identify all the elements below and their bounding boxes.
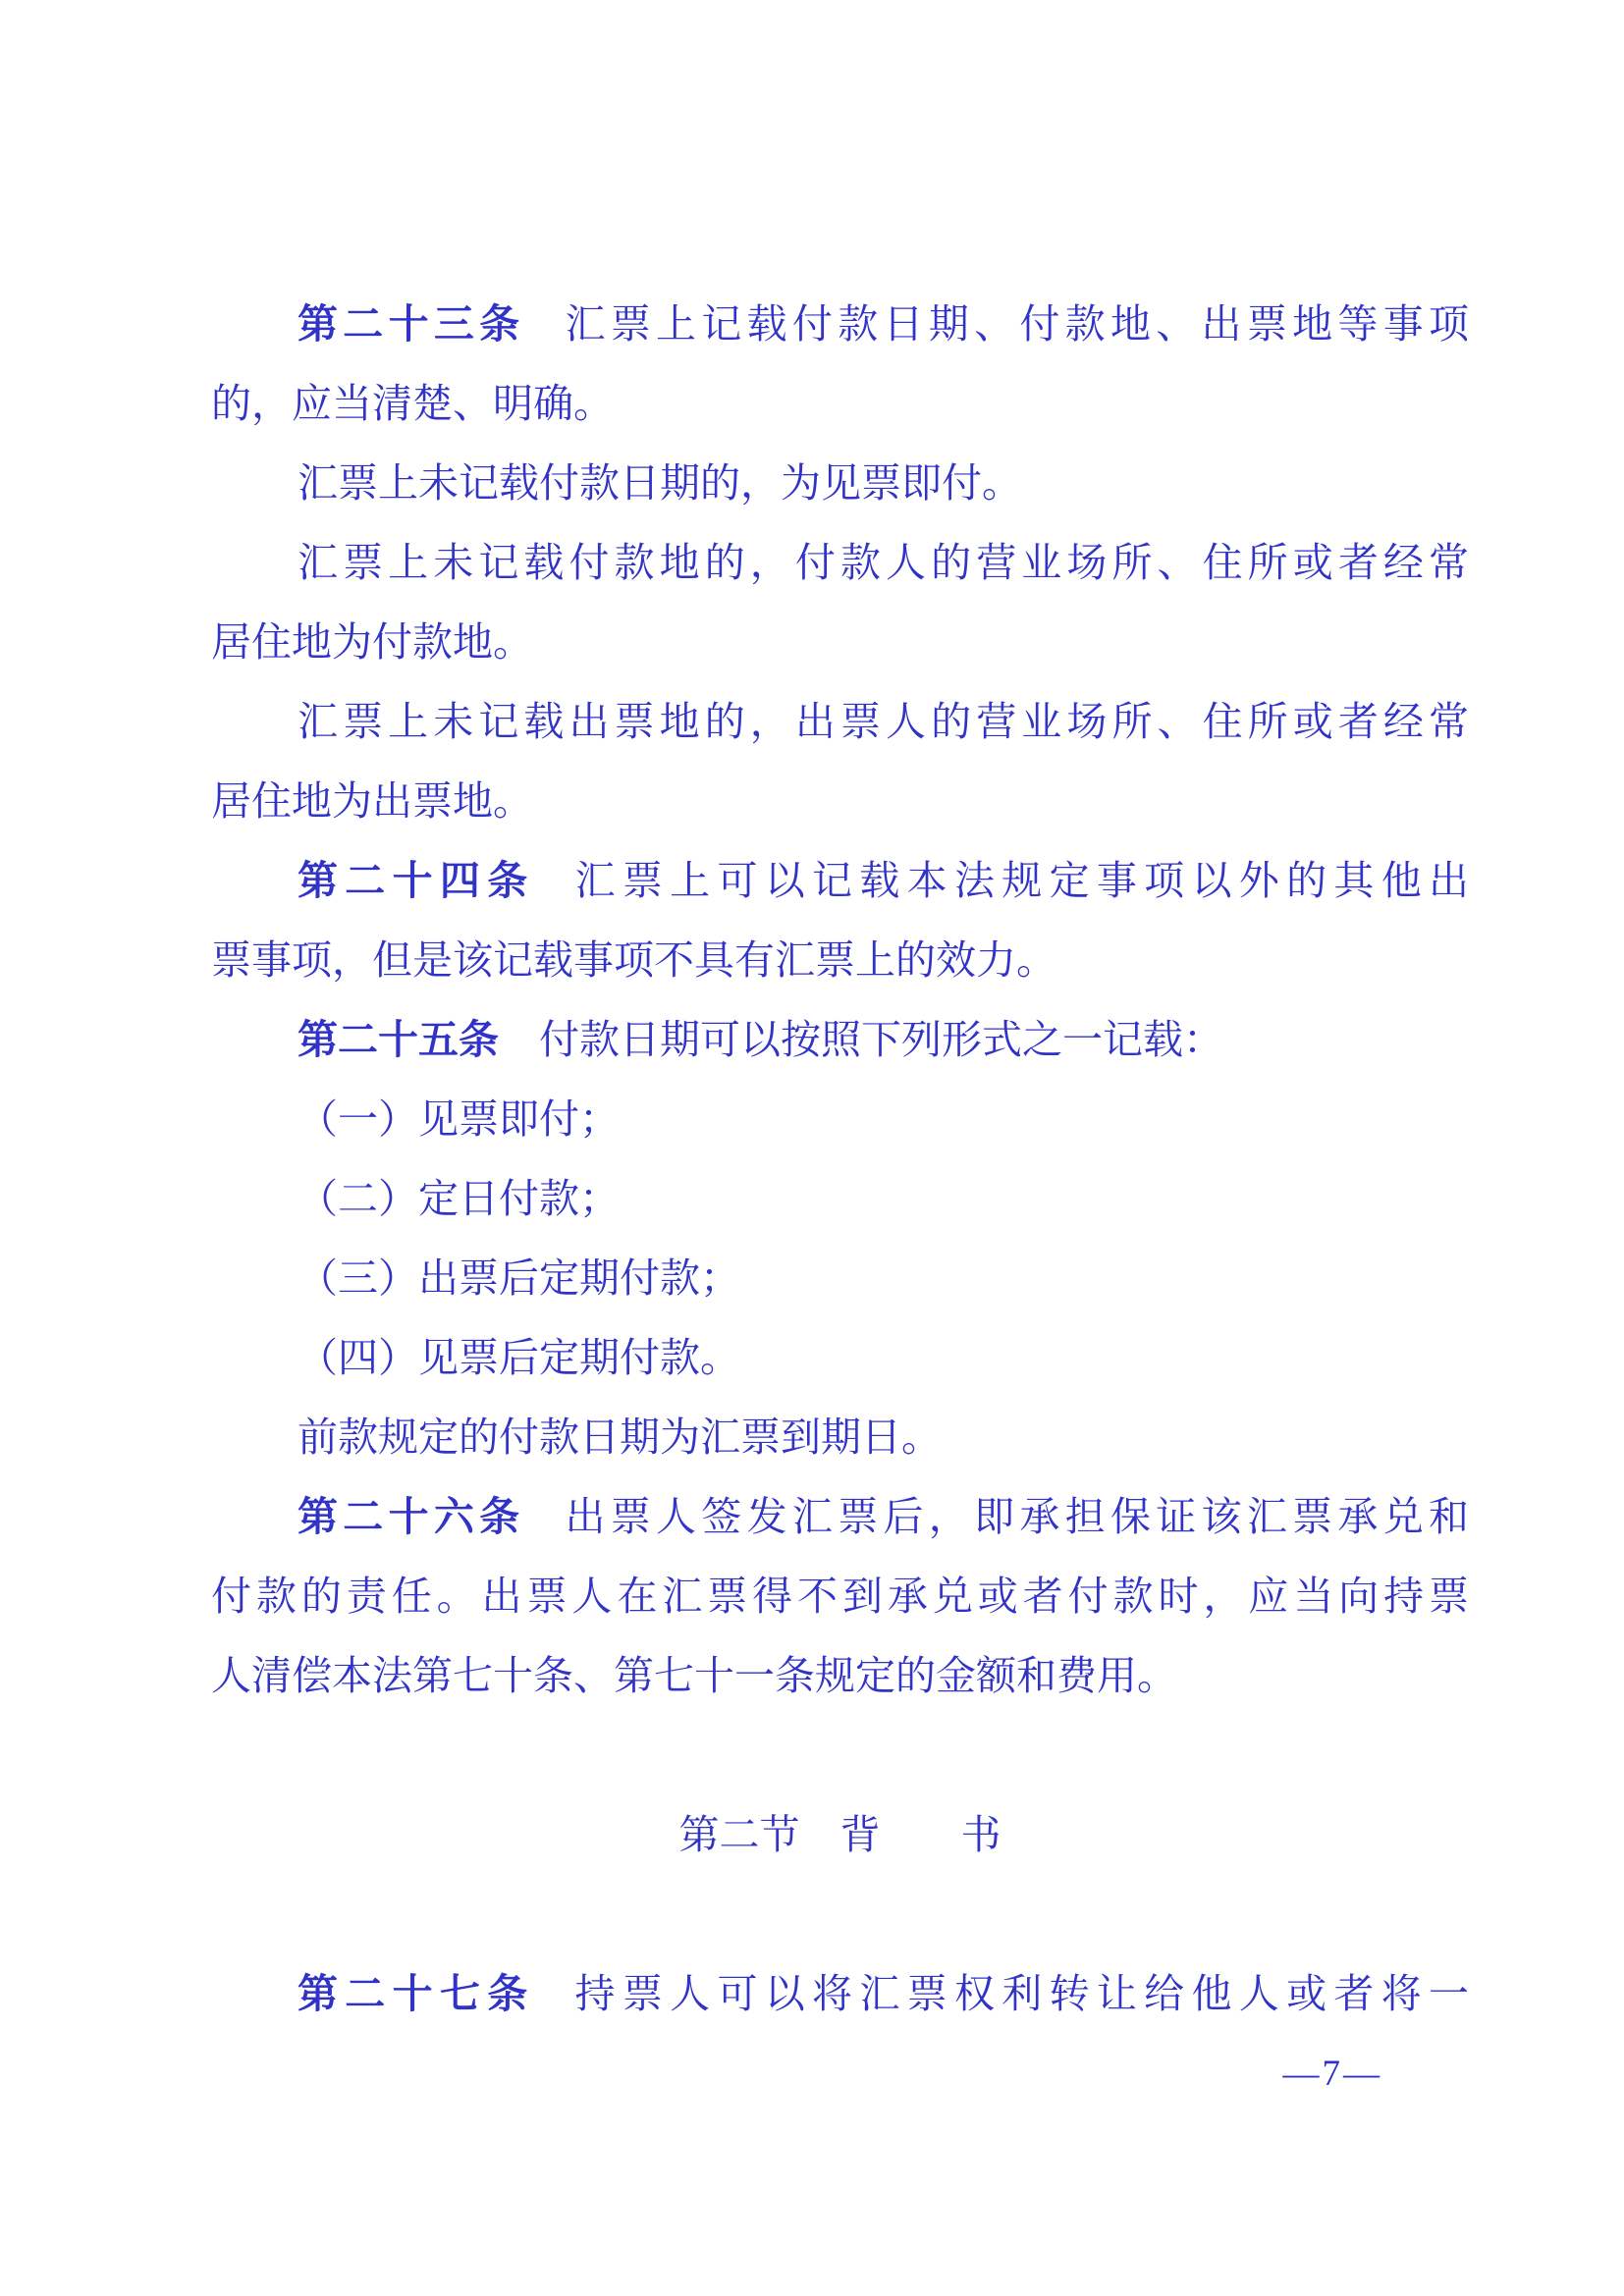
page-number: —7— <box>211 2034 1469 2113</box>
line-text: 的，应当清楚、明确。 <box>211 381 614 426</box>
text-line: 第二十三条汇票上记载付款日期、付款地、出票地等事项 <box>211 285 1469 364</box>
line-text: 持票人可以将汇票权利转让给他人或者将一 <box>575 1971 1469 2016</box>
text-line: （四）见票后定期付款。 <box>211 1318 1469 1398</box>
blank-line <box>211 1716 1469 1795</box>
line-text: 汇票上未记载付款地的，付款人的营业场所、住所或者经常 <box>298 540 1469 585</box>
line-text: 居住地为付款地。 <box>211 619 533 665</box>
text-line: 前款规定的付款日期为汇票到期日。 <box>211 1398 1469 1477</box>
text-line: 汇票上未记载付款地的，付款人的营业场所、住所或者经常 <box>211 523 1469 603</box>
section-heading-text: 第二节 背 书 <box>679 1812 1001 1857</box>
text-line: 第二十五条付款日期可以按照下列形式之一记载： <box>211 1000 1469 1080</box>
blank-line <box>211 1875 1469 1954</box>
text-line: （二）定日付款； <box>211 1159 1469 1239</box>
text-line: 汇票上未记载付款日期的，为见票即付。 <box>211 444 1469 523</box>
text-line: （三）出票后定期付款； <box>211 1239 1469 1318</box>
line-text: （三）出票后定期付款； <box>298 1255 740 1301</box>
line-text: 付款日期可以按照下列形式之一记载： <box>539 1017 1223 1062</box>
line-text: 汇票上未记载出票地的，出票人的营业场所、住所或者经常 <box>298 699 1469 744</box>
article-number: 第二十三条 <box>298 301 524 347</box>
line-text: 人清偿本法第七十条、第七十一条规定的金额和费用。 <box>211 1653 1177 1698</box>
text-line: （一）见票即付； <box>211 1080 1469 1159</box>
line-text: （二）定日付款； <box>298 1176 620 1221</box>
line-text: 汇票上可以记载本法规定事项以外的其他出 <box>575 858 1469 903</box>
line-text: 汇票上记载付款日期、付款地、出票地等事项 <box>565 301 1469 347</box>
line-text: （四）见票后定期付款。 <box>298 1335 740 1380</box>
article-number: 第二十四条 <box>298 858 535 903</box>
document-page: 第二十三条汇票上记载付款日期、付款地、出票地等事项 的，应当清楚、明确。 汇票上… <box>0 0 1624 2296</box>
line-text: 汇票上未记载付款日期的，为见票即付。 <box>298 460 1022 506</box>
text-line: 票事项，但是该记载事项不具有汇票上的效力。 <box>211 921 1469 1000</box>
article-number: 第二十五条 <box>298 1017 499 1062</box>
article-number: 第二十六条 <box>298 1494 524 1539</box>
text-line: 的，应当清楚、明确。 <box>211 364 1469 444</box>
text-line: 第二十七条持票人可以将汇票权利转让给他人或者将一 <box>211 1954 1469 2034</box>
line-text: 付款的责任。出票人在汇票得不到承兑或者付款时，应当向持票 <box>211 1574 1469 1619</box>
line-text: 居住地为出票地。 <box>211 778 533 824</box>
text-line: 居住地为出票地。 <box>211 762 1469 841</box>
text-line: 第二十六条出票人签发汇票后，即承担保证该汇票承兑和 <box>211 1477 1469 1557</box>
article-number: 第二十七条 <box>298 1971 535 2016</box>
text-line: 第二十四条汇票上可以记载本法规定事项以外的其他出 <box>211 841 1469 921</box>
document-body: 第二十三条汇票上记载付款日期、付款地、出票地等事项 的，应当清楚、明确。 汇票上… <box>211 285 1469 2113</box>
line-text: （一）见票即付； <box>298 1096 620 1142</box>
line-text: 前款规定的付款日期为汇票到期日。 <box>298 1415 942 1460</box>
text-line: 人清偿本法第七十条、第七十一条规定的金额和费用。 <box>211 1636 1469 1716</box>
text-line: 付款的责任。出票人在汇票得不到承兑或者付款时，应当向持票 <box>211 1557 1469 1636</box>
line-text: 出票人签发汇票后，即承担保证该汇票承兑和 <box>565 1494 1469 1539</box>
line-text: 票事项，但是该记载事项不具有汇票上的效力。 <box>211 937 1056 983</box>
text-line: 汇票上未记载出票地的，出票人的营业场所、住所或者经常 <box>211 682 1469 762</box>
section-heading: 第二节 背 书 <box>211 1795 1469 1875</box>
text-line: 居住地为付款地。 <box>211 603 1469 682</box>
